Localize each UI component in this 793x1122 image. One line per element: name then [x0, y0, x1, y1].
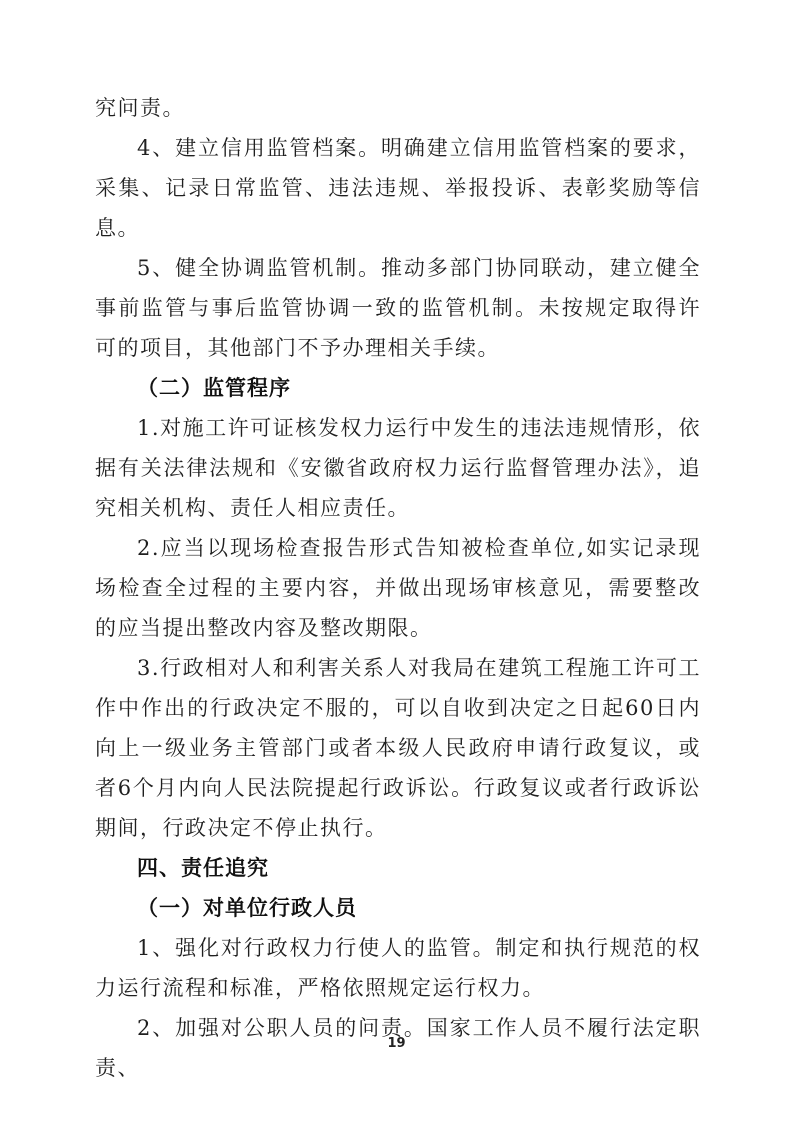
page-content: 究问责。 4、建立信用监管档案。明确建立信用监管档案的要求，采集、记录日常监管、… [95, 88, 701, 1088]
paragraph-item-4: 4、建立信用监管档案。明确建立信用监管档案的要求，采集、记录日常监管、违法违规、… [95, 128, 701, 248]
page-footer: 19 [0, 1034, 793, 1052]
paragraph-procedure-1: 1.对施工许可证核发权力运行中发生的违法违规情形，依据有关法律法规和《安徽省政府… [95, 408, 701, 528]
section-heading-supervision-procedure: （二）监管程序 [95, 368, 701, 408]
section-heading-accountability: 四、责任追究 [95, 848, 701, 888]
page-number: 19 [387, 1036, 405, 1051]
section-heading-unit-admin-personnel: （一）对单位行政人员 [95, 888, 701, 928]
paragraph-accountability-1: 1、强化对行政权力行使人的监管。制定和执行规范的权力运行流程和标准，严格依照规定… [95, 928, 701, 1008]
document-page: 究问责。 4、建立信用监管档案。明确建立信用监管档案的要求，采集、记录日常监管、… [0, 0, 793, 1122]
paragraph-procedure-2: 2.应当以现场检查报告形式告知被检查单位,如实记录现场检查全过程的主要内容，并做… [95, 528, 701, 648]
paragraph-continuation: 究问责。 [95, 88, 701, 128]
paragraph-item-5: 5、健全协调监管机制。推动多部门协同联动，建立健全事前监管与事后监管协调一致的监… [95, 248, 701, 368]
paragraph-procedure-3: 3.行政相对人和利害关系人对我局在建筑工程施工许可工作中作出的行政决定不服的，可… [95, 648, 701, 848]
